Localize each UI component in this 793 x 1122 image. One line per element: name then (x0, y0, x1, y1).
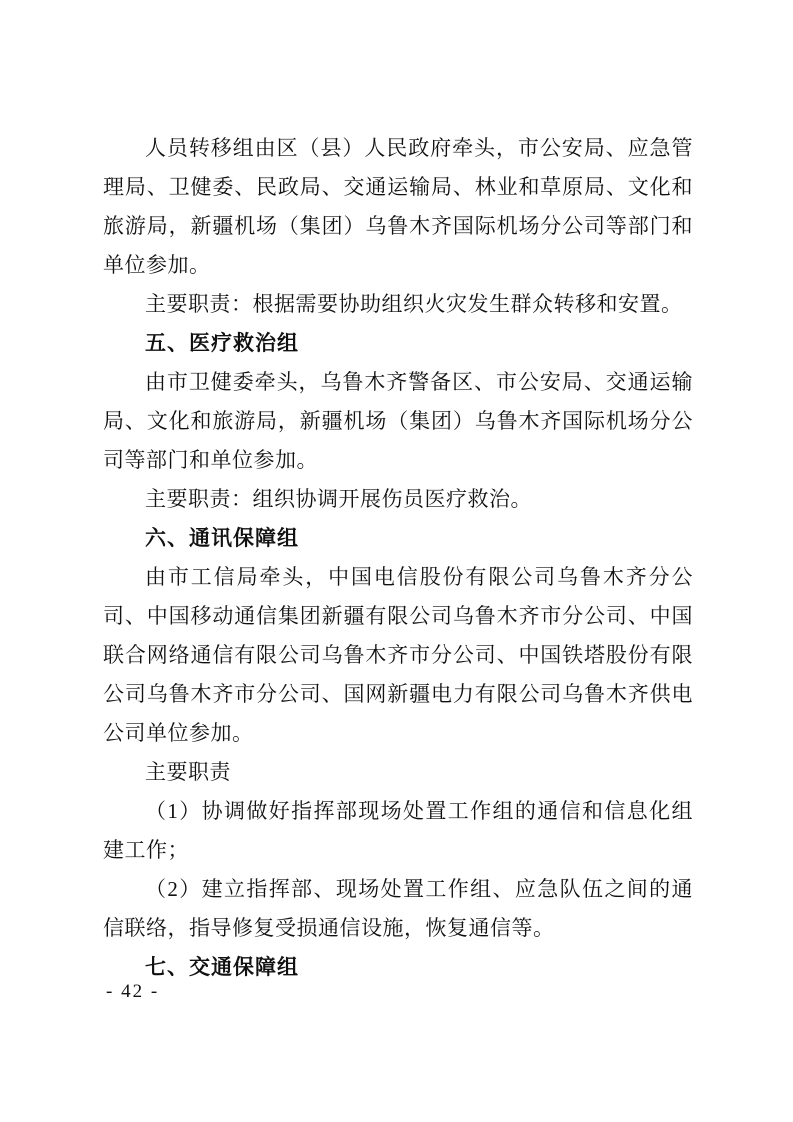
paragraph-medical-rescue-members: 由市卫健委牵头，乌鲁木齐警备区、市公安局、交通运输局、文化和旅游局，新疆机场（集… (103, 363, 693, 480)
paragraph-communication-support-members: 由市工信局牵头，中国电信股份有限公司乌鲁木齐分公司、中国移动通信集团新疆有限公司… (103, 558, 693, 753)
paragraph-communication-duty-2: （2）建立指挥部、现场处置工作组、应急队伍之间的通信联络，指导修复受损通信设施，… (103, 870, 693, 948)
section-heading-traffic-support-group: 七、交通保障组 (103, 948, 693, 987)
paragraph-main-duties-label: 主要职责 (103, 753, 693, 792)
paragraph-communication-duty-1: （1）协调做好指挥部现场处置工作组的通信和信息化组建工作； (103, 792, 693, 870)
paragraph-personnel-transfer-duties: 主要职责：根据需要协助组织火灾发生群众转移和安置。 (103, 285, 693, 324)
section-heading-communication-support-group: 六、通讯保障组 (103, 519, 693, 558)
document-body: 人员转移组由区（县）人民政府牵头，市公安局、应急管理局、卫健委、民政局、交通运输… (103, 129, 693, 987)
paragraph-personnel-transfer-group: 人员转移组由区（县）人民政府牵头，市公安局、应急管理局、卫健委、民政局、交通运输… (103, 129, 693, 285)
document-page: 人员转移组由区（县）人民政府牵头，市公安局、应急管理局、卫健委、民政局、交通运输… (0, 0, 793, 1122)
section-heading-medical-rescue-group: 五、医疗救治组 (103, 324, 693, 363)
paragraph-medical-rescue-duties: 主要职责：组织协调开展伤员医疗救治。 (103, 480, 693, 519)
page-number: - 42 - (106, 981, 159, 1003)
